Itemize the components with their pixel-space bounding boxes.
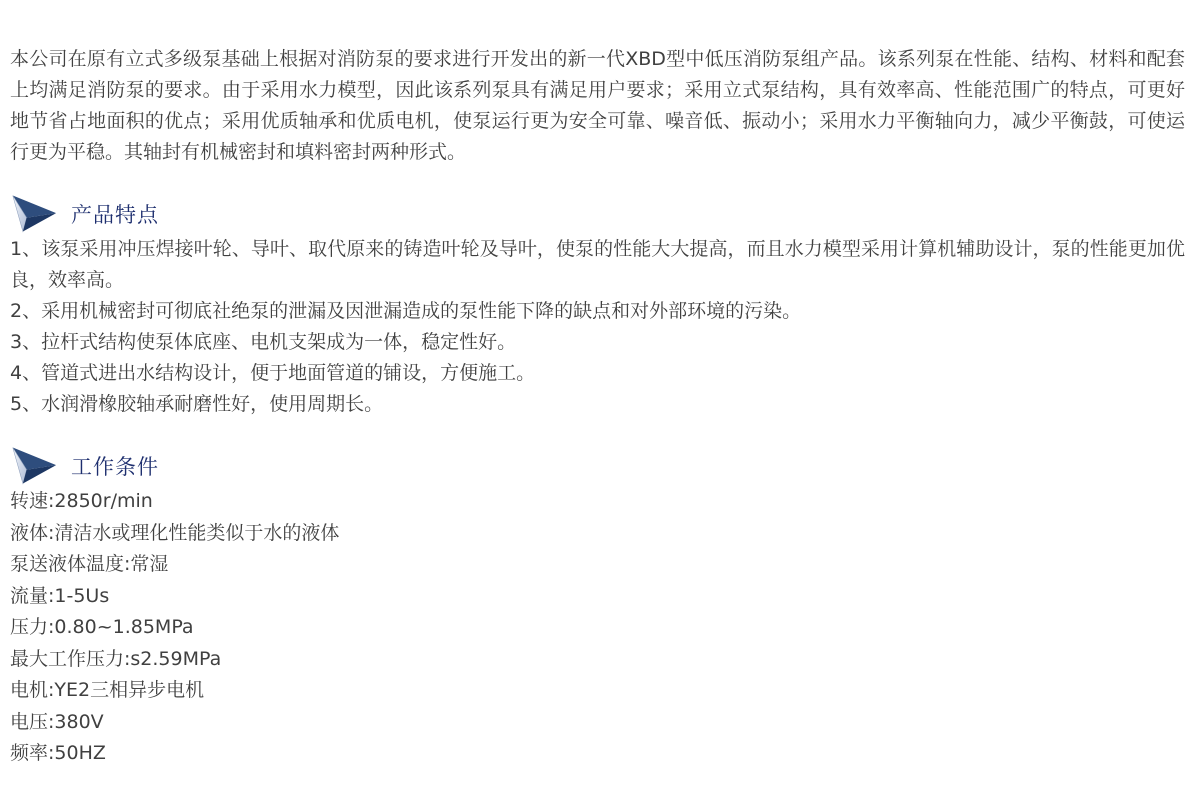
arrow-3d-icon (10, 446, 58, 486)
spec-item-voltage: 电压:380V (10, 707, 1185, 739)
spec-item-frequency: 频率:50HZ (10, 738, 1185, 770)
feature-item: 2、采用机械密封可彻底社绝泵的泄漏及因泄漏造成的泵性能下降的缺点和对外部环境的污… (10, 296, 1185, 327)
spec-item-liquid: 液体:清洁水或理化性能类似于水的液体 (10, 518, 1185, 550)
feature-list: 1、该泵采用冲压焊接叶轮、导叶、取代原来的铸造叶轮及导叶，使泵的性能大大提高，而… (10, 234, 1185, 420)
conditions-section-title: 工作条件 (71, 451, 159, 481)
feature-item: 5、水润滑橡胶轴承耐磨性好，使用周期长。 (10, 389, 1185, 420)
conditions-section-header: 工作条件 (10, 446, 1185, 486)
spec-item-temperature: 泵送液体温度:常湿 (10, 549, 1185, 581)
spec-item-pressure: 压力:0.80~1.85MPa (10, 612, 1185, 644)
spec-item-flow: 流量:1-5Us (10, 581, 1185, 613)
features-section-header: 产品特点 (10, 194, 1185, 234)
feature-item: 4、管道式进出水结构设计，便于地面管道的铺设，方便施工。 (10, 358, 1185, 389)
spec-item-speed: 转速:2850r/min (10, 486, 1185, 518)
product-intro-paragraph: 本公司在原有立式多级泵基础上根据对消防泵的要求进行开发出的新一代XBD型中低压消… (10, 44, 1185, 168)
feature-item: 1、该泵采用冲压焊接叶轮、导叶、取代原来的铸造叶轮及导叶，使泵的性能大大提高，而… (10, 234, 1185, 296)
feature-item: 3、拉杆式结构使泵体底座、电机支架成为一体，稳定性好。 (10, 327, 1185, 358)
spec-item-max-pressure: 最大工作压力:s2.59MPa (10, 644, 1185, 676)
features-section-title: 产品特点 (71, 199, 159, 229)
working-conditions-list: 转速:2850r/min 液体:清洁水或理化性能类似于水的液体 泵送液体温度:常… (10, 486, 1185, 770)
spec-item-motor: 电机:YE2三相异步电机 (10, 675, 1185, 707)
arrow-3d-icon (10, 194, 58, 234)
product-detail-page: 本公司在原有立式多级泵基础上根据对消防泵的要求进行开发出的新一代XBD型中低压消… (0, 0, 1200, 800)
